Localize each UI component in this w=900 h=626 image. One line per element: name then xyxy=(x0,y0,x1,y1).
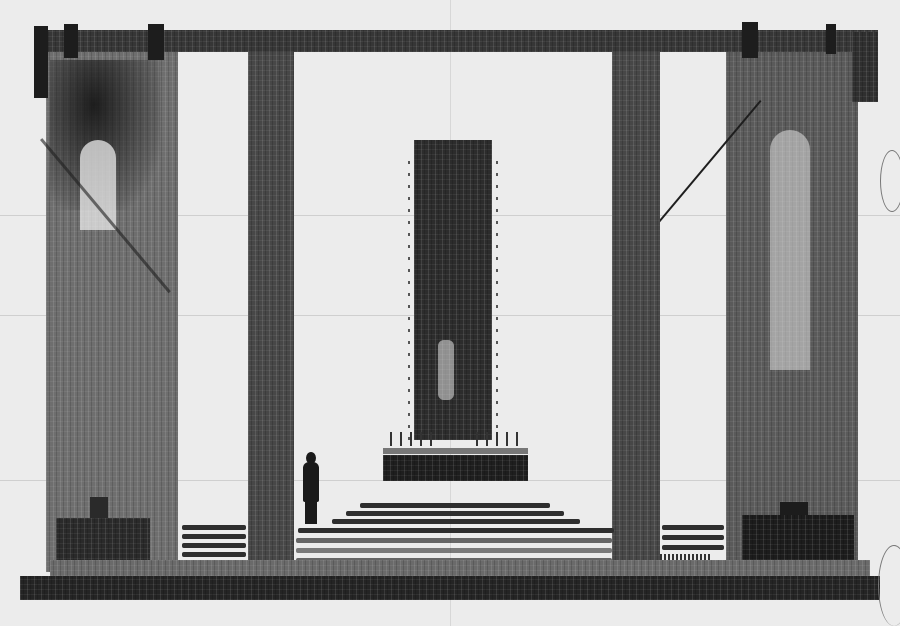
left-bench-object xyxy=(90,497,108,519)
candle xyxy=(430,432,432,446)
floor-stage xyxy=(50,560,870,576)
artwork-canvas: Charcoal sketch of a stage set: a monume… xyxy=(0,0,900,626)
beam-clamp xyxy=(742,22,758,58)
banner-highlight xyxy=(438,340,454,400)
margin-mark xyxy=(880,150,900,212)
candle xyxy=(506,432,508,446)
side-step-right xyxy=(662,525,724,530)
standing-figure xyxy=(303,462,319,502)
candle xyxy=(390,432,392,446)
beam-clamp xyxy=(64,24,78,58)
candle xyxy=(400,432,402,446)
step xyxy=(296,538,612,543)
margin-mark xyxy=(878,545,900,626)
candle xyxy=(486,432,488,446)
candle xyxy=(410,432,412,446)
side-step-left xyxy=(182,534,246,539)
step xyxy=(360,503,550,508)
side-step-left xyxy=(182,552,246,557)
step xyxy=(332,519,580,524)
step xyxy=(296,548,612,553)
candle xyxy=(496,432,498,446)
side-step-left xyxy=(182,543,246,548)
left-arched-window xyxy=(80,140,116,230)
left-column xyxy=(248,52,294,566)
candle xyxy=(420,432,422,446)
step xyxy=(346,511,564,516)
candle xyxy=(516,432,518,446)
altar-top xyxy=(383,448,528,454)
step xyxy=(298,528,614,533)
right-column xyxy=(612,52,660,566)
beam-end-block xyxy=(852,32,878,102)
artist-signature xyxy=(660,554,710,560)
candle-chain-right xyxy=(496,160,498,440)
side-step-right xyxy=(662,535,724,540)
floor-base xyxy=(20,576,880,600)
altar xyxy=(383,455,528,481)
beam-clamp xyxy=(148,24,164,60)
side-step-right xyxy=(662,545,724,550)
beam-clamp xyxy=(826,24,836,54)
candle-chain-left xyxy=(408,160,410,440)
side-step-left xyxy=(182,525,246,530)
figure-legs xyxy=(305,500,317,524)
candle xyxy=(476,432,478,446)
beam-clamp xyxy=(34,26,48,98)
right-arched-window xyxy=(770,130,810,370)
